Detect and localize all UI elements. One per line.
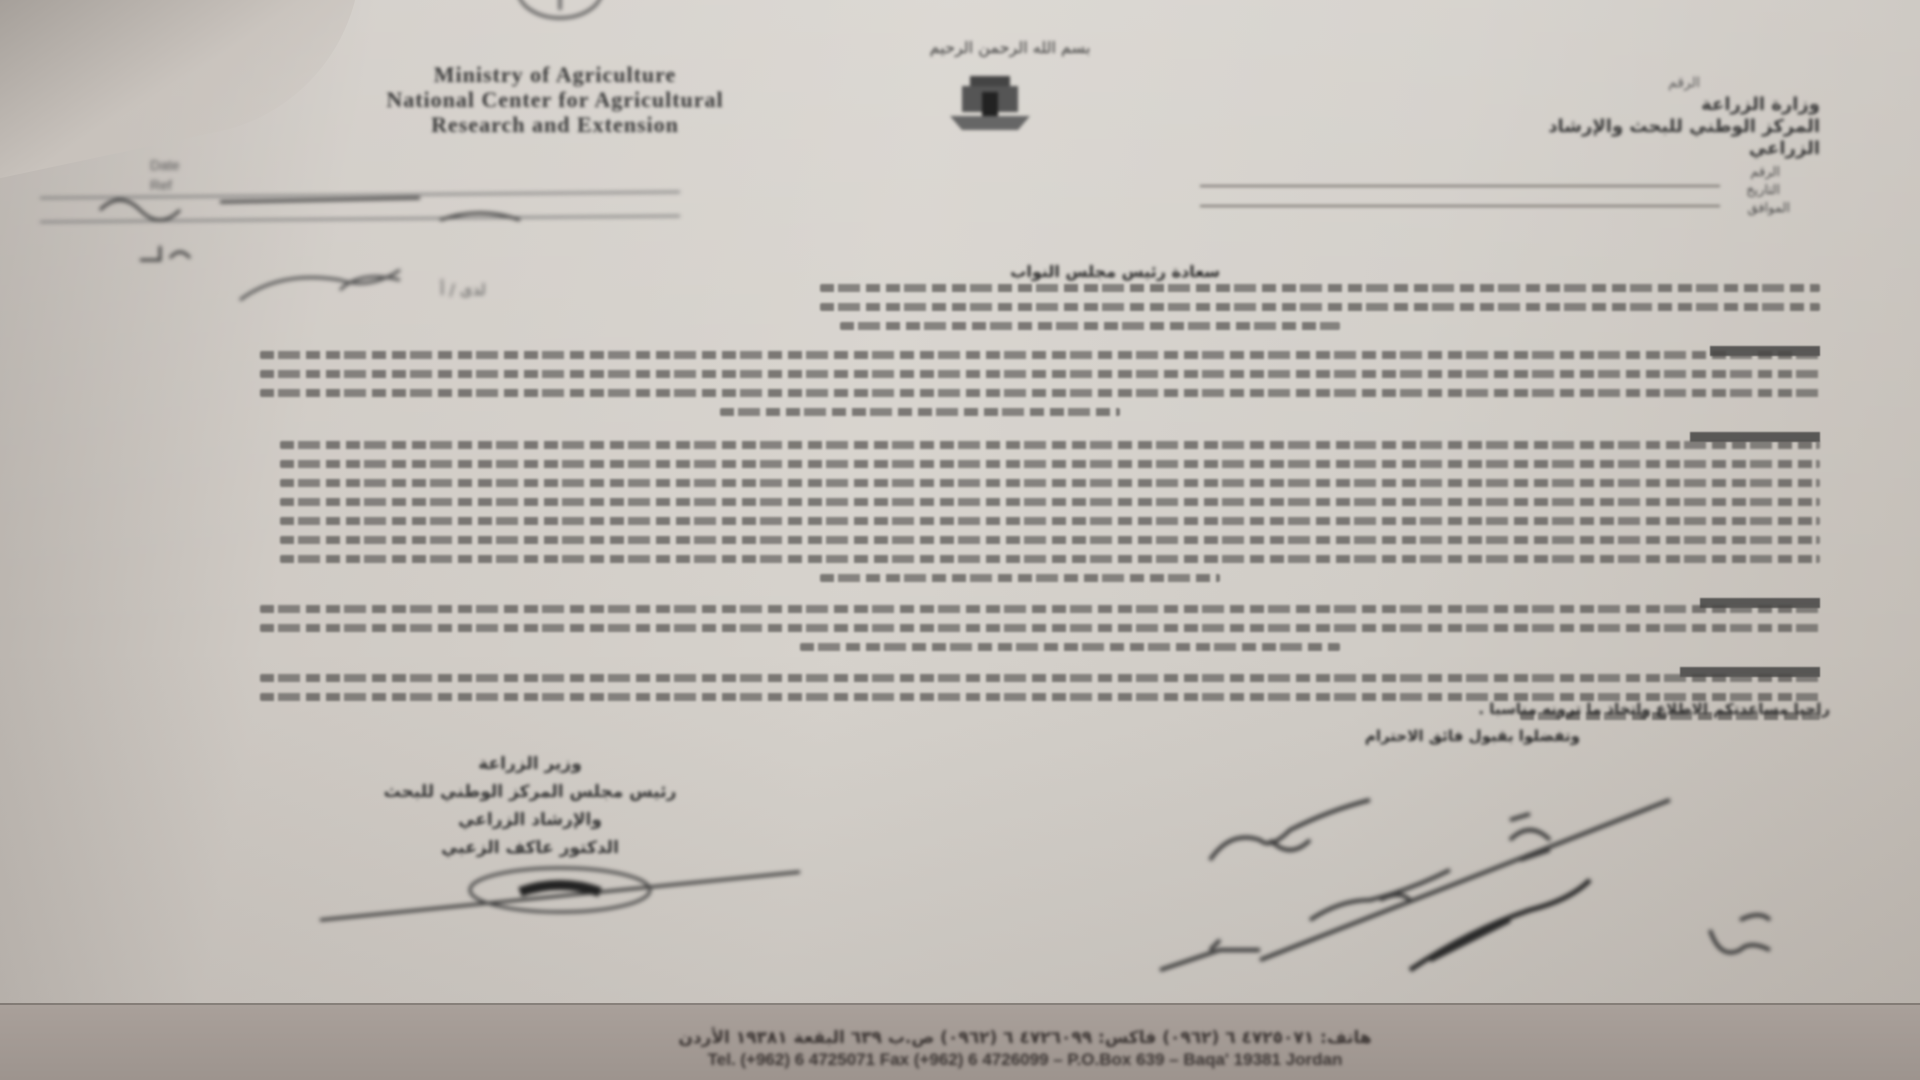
footer-contact-arabic: هاتف: ٤٧٢٥٠٧١ ٦ (٠٩٦٢) فاكس: ٤٧٢٦٠٩٩ ٦ (…	[210, 1028, 1840, 1048]
letterhead-line: وزارة الزراعة	[1180, 94, 1820, 116]
body-line	[820, 574, 1220, 582]
body-line	[280, 479, 1820, 487]
closing-line-2: وتفضلوا بقبول فائق الاحترام	[900, 727, 1580, 745]
body-line	[820, 303, 1820, 311]
body-line	[280, 555, 1820, 563]
ref-label: الرقم	[1750, 165, 1780, 180]
ref-number-label: الرقم	[1180, 72, 1700, 94]
svg-text:Ref: Ref	[150, 177, 172, 193]
signatory-title: وزير الزراعة	[240, 750, 820, 778]
body-line	[840, 322, 1340, 330]
addressee: سعادة رئيس مجلس النواب	[260, 262, 1220, 284]
body-line	[280, 441, 1820, 449]
letterhead-english: Ministry of Agriculture National Center …	[215, 62, 895, 137]
body-line	[720, 408, 1120, 416]
basmala: بسم الله الرحمن الرحيم	[830, 38, 1190, 57]
handwritten-note-right	[1150, 780, 1850, 1000]
reference-fields: الرقم التاريخ الموافق	[1200, 165, 1800, 225]
body-line	[280, 498, 1820, 506]
corresponding-label: الموافق	[1748, 201, 1790, 216]
body-line	[260, 370, 1820, 378]
letterhead-line: الزراعي	[1180, 138, 1820, 160]
stamp-icon	[500, 0, 620, 30]
signature-block: وزير الزراعة رئيس مجلس المركز الوطني للب…	[240, 750, 820, 862]
body-line	[280, 536, 1820, 544]
svg-text:Date: Date	[150, 157, 180, 173]
date-label: التاريخ	[1746, 183, 1780, 198]
document-page: بسم الله الرحمن الرحيم Ministry of Agric…	[0, 0, 1920, 1080]
body-line	[260, 605, 1820, 613]
body-line	[280, 517, 1820, 525]
body-line	[260, 389, 1820, 397]
body-line	[280, 460, 1820, 468]
body-line	[260, 624, 1820, 632]
signature-scribble	[300, 850, 820, 930]
letterhead-line: Ministry of Agriculture	[215, 62, 895, 87]
letterhead-arabic: الرقم وزارة الزراعة المركز الوطني للبحث …	[1180, 72, 1820, 160]
signatory-role: والإرشاد الزراعي	[240, 806, 820, 834]
signatory-role: رئيس مجلس المركز الوطني للبحث	[240, 778, 820, 806]
body-line	[820, 284, 1820, 292]
closing-line-1: راجيا مساعدتكم الاطلاع واتخاذ ما ترونه م…	[900, 700, 1830, 718]
body-line	[260, 674, 1820, 682]
footer-contact-english: Tel. (+962) 6 4725071 Fax (+962) 6 47260…	[210, 1050, 1840, 1070]
letterhead-line: Research and Extension	[215, 112, 895, 137]
body-line	[260, 351, 1820, 359]
letter-body: سعادة رئيس مجلس النواب	[260, 262, 1820, 731]
jordan-crest-icon	[948, 70, 1032, 136]
body-line	[800, 643, 1340, 651]
letterhead-line: National Center for Agricultural	[215, 87, 895, 112]
letterhead-line: المركز الوطني للبحث والإرشاد	[1180, 116, 1820, 138]
